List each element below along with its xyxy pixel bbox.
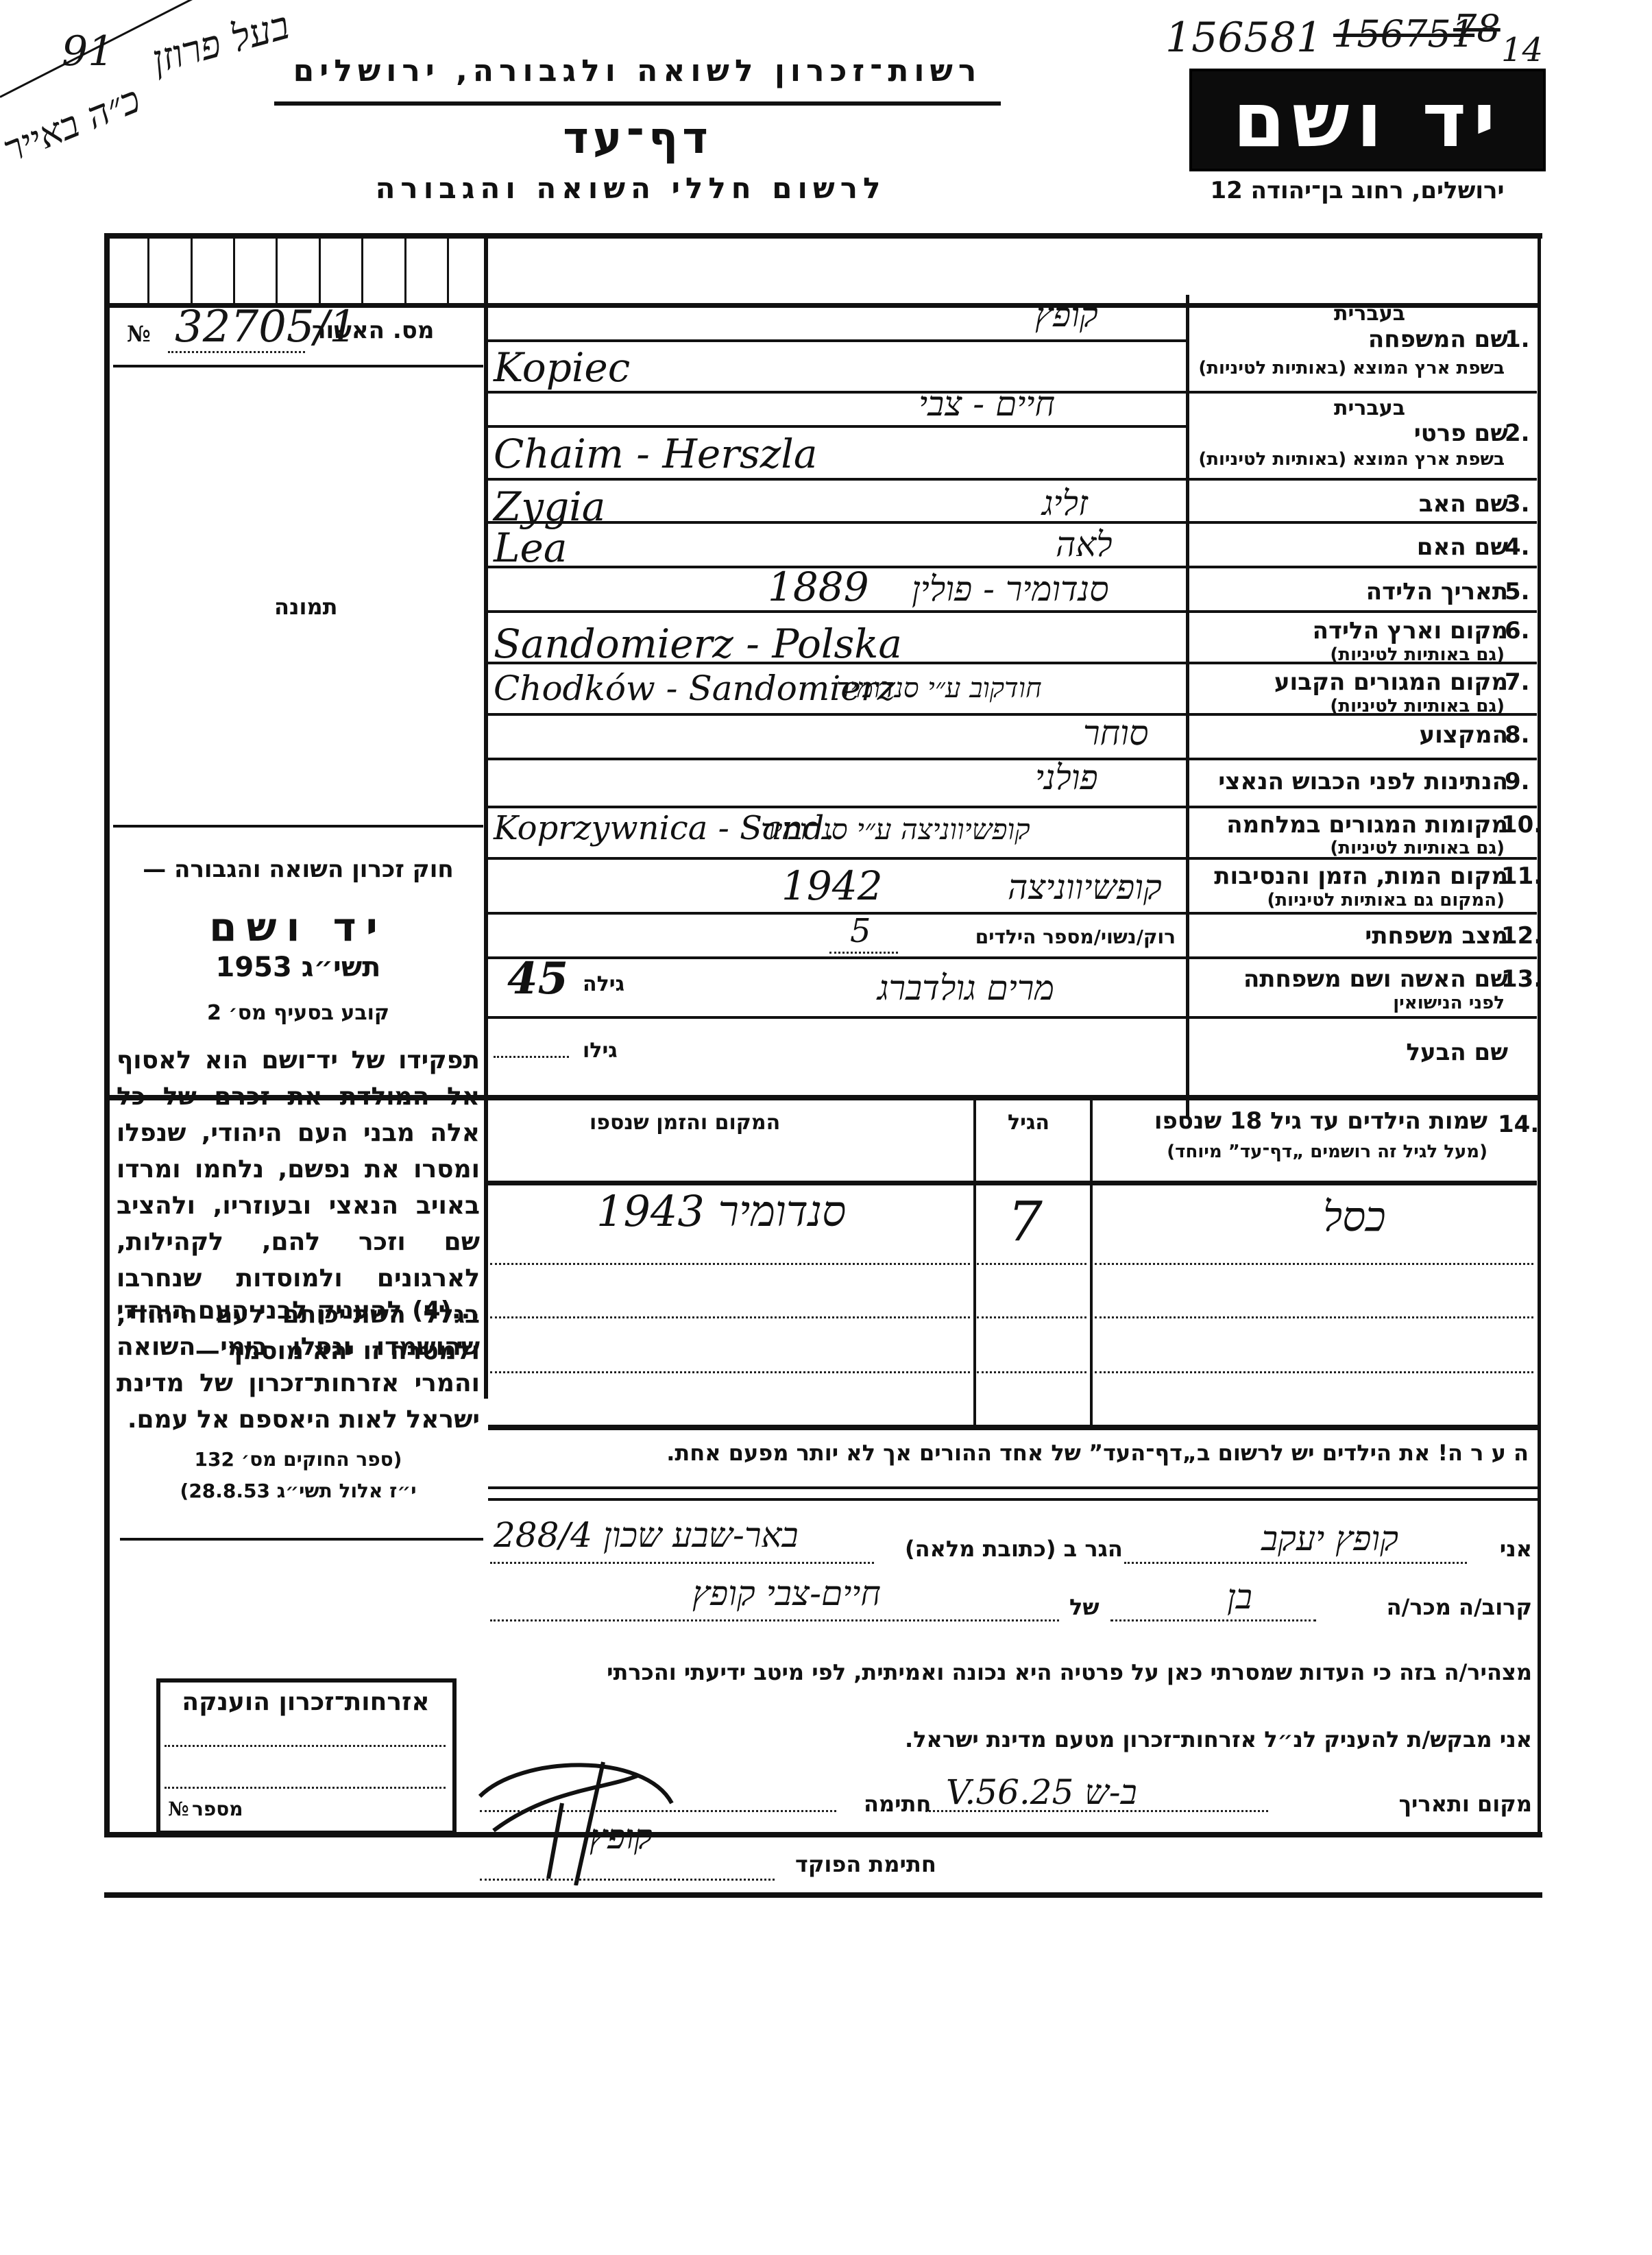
law-bottom-rule: [120, 1538, 483, 1541]
children-column-divider-name: [1090, 1100, 1093, 1426]
field-6-rule: [488, 662, 1537, 664]
approval-dotted-line: [168, 351, 305, 353]
field-11-label: מקום המות, הזמן והנסיבות: [1214, 863, 1508, 890]
field-13-label: שם האשה ושם משפחתה: [1243, 965, 1508, 993]
child-row-line: [490, 1263, 970, 1265]
officer-signature-line: [480, 1879, 775, 1881]
field-2-hebrew-tag: בעברית: [1334, 396, 1405, 420]
field-11-latin-value[interactable]: 1942: [781, 863, 883, 909]
field-10-sublabel: (גם באותיות לטיניות): [1330, 838, 1505, 858]
strip-tick: [447, 239, 449, 303]
field-5-label: תאריך הלידה: [1366, 578, 1508, 605]
declaration-prefix: אני: [1500, 1536, 1532, 1562]
field-6-label: מקום וארץ הלידה: [1313, 617, 1508, 644]
header-rule: [274, 101, 1001, 106]
field-1-sublabel: בשפת ארץ המוצא (באותיות לטיניות): [1198, 358, 1505, 378]
child-row-line: [977, 1263, 1086, 1265]
children-subtitle: (מעל לגיל זה רושמים „דף־עד” מיוחד): [1167, 1142, 1487, 1162]
note-top-rule: [488, 1425, 1540, 1430]
child-row-line: [490, 1371, 970, 1373]
relation-value[interactable]: בן: [1227, 1577, 1252, 1617]
children-section-rule: [110, 1095, 1539, 1100]
relation-label: קרוב/ה מכר/ה: [1387, 1594, 1532, 1620]
law-name: יד ושם: [117, 904, 480, 950]
relation-of-line: [490, 1619, 1059, 1621]
children-title: שמות הילדים עד גיל 18 שנספו: [1154, 1107, 1487, 1135]
field-9-number: 9.: [1505, 768, 1530, 795]
field-2-sublabel: בשפת ארץ המוצא (באותיות לטיניות): [1198, 449, 1505, 470]
approval-rule: [113, 365, 483, 367]
field-13-rule: [488, 1016, 1537, 1019]
signature-label: חתימה: [864, 1791, 931, 1817]
field-4-hebrew-value[interactable]: לאה: [1056, 524, 1113, 564]
field-10-rule: [488, 857, 1537, 860]
field-5-number: 5.: [1505, 578, 1530, 605]
wife-age-value[interactable]: 45: [507, 953, 568, 1004]
declarant-address-line: [490, 1562, 874, 1564]
organization-header: רשות־זכרון לשואה ולגבורה, ירושלים: [274, 53, 1001, 88]
declarant-name[interactable]: קופץ יעקב: [1261, 1519, 1398, 1558]
children-age-header: הגיל: [1008, 1111, 1049, 1135]
child-row-line: [977, 1371, 1086, 1373]
field-12-children-count[interactable]: 5: [850, 912, 871, 950]
declaration-address-label: הגר ב (כתובת מלאה): [905, 1536, 1123, 1562]
child-row-line: [1095, 1263, 1533, 1265]
corner-note-date: כ״ה באייר: [0, 77, 146, 171]
strip-tick: [361, 239, 363, 303]
field-11-hebrew-value[interactable]: קופשיווניצה: [1008, 867, 1162, 907]
law-reference-date: י״ז אלול תשי״ג 28.8.53): [117, 1480, 480, 1502]
field-10-latin-value[interactable]: Koprzywnica - Sand.: [494, 809, 835, 847]
field-5-rule: [488, 610, 1537, 613]
law-reference: (ספר החוקים מס׳ 132: [117, 1448, 480, 1471]
field-8-number: 8.: [1505, 721, 1530, 749]
field-1-number: 1.: [1505, 326, 1530, 353]
children-number: 14.: [1498, 1111, 1539, 1138]
law-section-rule: [113, 825, 483, 828]
note-bottom-rule: [488, 1486, 1540, 1489]
field-1-label: שם המשפחה: [1368, 326, 1508, 353]
approval-no-sign: №: [127, 321, 151, 347]
field-4-number: 4.: [1505, 533, 1530, 561]
citizenship-request: אני מבקש/ת להעניק לנ״ל אזרחות־זכרון מטעם…: [905, 1726, 1532, 1752]
place-date-line: [925, 1810, 1268, 1812]
field-3-hebrew-value[interactable]: זליג: [1042, 483, 1088, 523]
field-2-number: 2.: [1505, 420, 1530, 447]
wife-age-label: גילה: [583, 972, 624, 996]
field-11-sublabel: (המקום גם באותיות לטיניות): [1267, 890, 1505, 911]
field-8-label: המקצוע: [1419, 721, 1508, 749]
page-number: 14: [1501, 31, 1543, 69]
field-1-hebrew-tag: בעברית: [1334, 302, 1405, 326]
field-3-number: 3.: [1505, 490, 1530, 518]
child-1-place-time[interactable]: סנדומיר 1943: [596, 1186, 846, 1237]
field-3-rule: [488, 521, 1537, 524]
approval-label: מס. האשור: [312, 317, 435, 344]
citizenship-dotted-line: [165, 1787, 446, 1789]
field-12-inline-label: רוק/נשוי/מספר הילדים: [975, 926, 1176, 948]
field-7-number: 7.: [1505, 668, 1530, 696]
field-3-label: שם האב: [1419, 490, 1508, 518]
field-9-rule: [488, 806, 1537, 808]
field-7-rule: [488, 713, 1537, 716]
field-1-latin-value[interactable]: Kopiec: [494, 344, 630, 391]
strip-tick: [276, 239, 278, 303]
law-year: תשי״ג 1953: [117, 952, 480, 983]
form-bottom-rule: [104, 1892, 1542, 1898]
husband-age-label: גילו: [583, 1039, 618, 1063]
column-divider-labels: [1186, 295, 1189, 1118]
field-13-sublabel: לפני הנישואין: [1393, 993, 1505, 1013]
field-8-rule: [488, 758, 1537, 760]
field-4-label: שם האם: [1417, 533, 1508, 561]
form-title: דף־עד: [411, 113, 864, 164]
citizenship-dotted-line: [165, 1745, 446, 1747]
field-2-hebrew-value[interactable]: חיים - צבי: [919, 384, 1055, 424]
field-6-number: 6.: [1505, 617, 1530, 644]
law-text-continued: ...(4) להעניק לבני העם היהודי שהושמדו ונ…: [117, 1292, 480, 1438]
frame-right: [1538, 233, 1541, 1837]
field-2-rule: [488, 478, 1537, 481]
place-date-value[interactable]: ב-ש 25.V.56: [946, 1772, 1137, 1812]
field-7-latin-value[interactable]: Chodków - Sandomierz: [494, 668, 895, 708]
children-place-time-header: המקום והזמן שנספו: [590, 1111, 780, 1135]
note-bottom-rule-2: [488, 1498, 1540, 1501]
field-8-hebrew-value[interactable]: סוחר: [1083, 713, 1148, 753]
field-2-label: שם פרטי: [1414, 420, 1508, 447]
field-1-hebrew-value[interactable]: קופץ: [1035, 295, 1098, 335]
field-4-latin-value[interactable]: Lea: [494, 524, 567, 571]
law-clause: קובע בסעיף מס׳ 2: [117, 1001, 480, 1025]
citizenship-no-sign: №: [168, 1798, 189, 1820]
field-13-hebrew-value[interactable]: מרים גולדברג: [877, 968, 1054, 1008]
declarant-name-line: [1124, 1562, 1467, 1564]
law-title: חוק זכרון השואה והגבורה —: [117, 856, 480, 883]
note-text: ה ע ר ה! את הילדים יש לרשום ב„דף־העד” של…: [494, 1440, 1529, 1466]
relation-line: [1110, 1619, 1316, 1621]
field-2-hebrew-line: [488, 425, 1187, 428]
citizenship-title: אזרחות־זכרון הוענקה: [162, 1688, 450, 1716]
field-7-label: מקום המגורים הקבוע: [1274, 668, 1508, 696]
strip-tick: [319, 239, 321, 303]
of-label: של: [1069, 1594, 1100, 1620]
field-2-latin-value[interactable]: Chaim - Herszla: [494, 431, 817, 477]
field-9-hebrew-value[interactable]: פולני: [1035, 758, 1098, 797]
husband-label: שם הבעל: [1406, 1039, 1508, 1066]
children-count-dotted-line: [829, 952, 898, 954]
field-11-rule: [488, 912, 1537, 915]
child-row-line: [977, 1316, 1086, 1318]
logo-text: יד ושם: [1232, 76, 1502, 164]
strip-tick: [404, 239, 406, 303]
child-row-line: [1095, 1371, 1533, 1373]
field-5-hebrew-value[interactable]: סנדומיר - פולין: [912, 569, 1109, 609]
citizenship-number-label: מספר: [192, 1798, 243, 1820]
field-5-latin-value[interactable]: 1889: [768, 564, 869, 610]
relation-of-value[interactable]: חיים-צבי קופץ: [692, 1573, 881, 1613]
frame-left: [104, 233, 110, 1837]
reference-number: 156581: [1165, 14, 1322, 62]
corner-note-signature: בעל פרוזן: [147, 3, 294, 83]
photo-placeholder-label: תמונה: [274, 594, 337, 620]
field-1-hebrew-line: [488, 339, 1187, 342]
form-subtitle: לרשום חללי השואה והגבורה: [322, 171, 939, 205]
husband-age-dotted-line[interactable]: [494, 1056, 569, 1058]
declarant-address[interactable]: באר-שבע שכון 288/4: [494, 1515, 799, 1555]
column-divider-left: [484, 233, 488, 1399]
child-row-line: [1095, 1316, 1533, 1318]
frame-top: [104, 233, 1542, 239]
strip-tick: [191, 239, 193, 303]
place-date-label: מקום ותאריך: [1399, 1791, 1532, 1817]
page-number-struck: 78: [1453, 7, 1501, 50]
address: ירושלים, רחוב בן־יהודה 12: [1165, 177, 1549, 204]
child-row-line: [490, 1316, 970, 1318]
children-column-divider-age: [973, 1100, 976, 1426]
child-1-name[interactable]: כסל: [1323, 1193, 1386, 1241]
field-4-rule: [488, 566, 1537, 568]
field-12-label: מצב משפחתי: [1365, 922, 1508, 950]
field-12-rule: [488, 956, 1537, 959]
officer-signature: קופץ: [590, 1817, 653, 1857]
strip-tick: [147, 239, 149, 303]
officer-signature-label: חתימת הפוקד: [795, 1851, 936, 1877]
yad-vashem-logo: יד ושם: [1189, 69, 1546, 171]
children-header-rule: [488, 1181, 1537, 1185]
field-9-label: הנתינות לפני הכבוש הנאצי: [1218, 768, 1508, 795]
field-10-label: מקומות המגורים במלחמה: [1226, 811, 1508, 839]
declaration-statement: מצהיר/ה בזה כי העדות שמסרתי כאן על פרטיה…: [607, 1659, 1532, 1685]
strip-tick: [233, 239, 235, 303]
field-6-latin-value[interactable]: Sandomierz - Polska: [494, 620, 902, 667]
child-1-age[interactable]: 7: [1008, 1190, 1043, 1253]
